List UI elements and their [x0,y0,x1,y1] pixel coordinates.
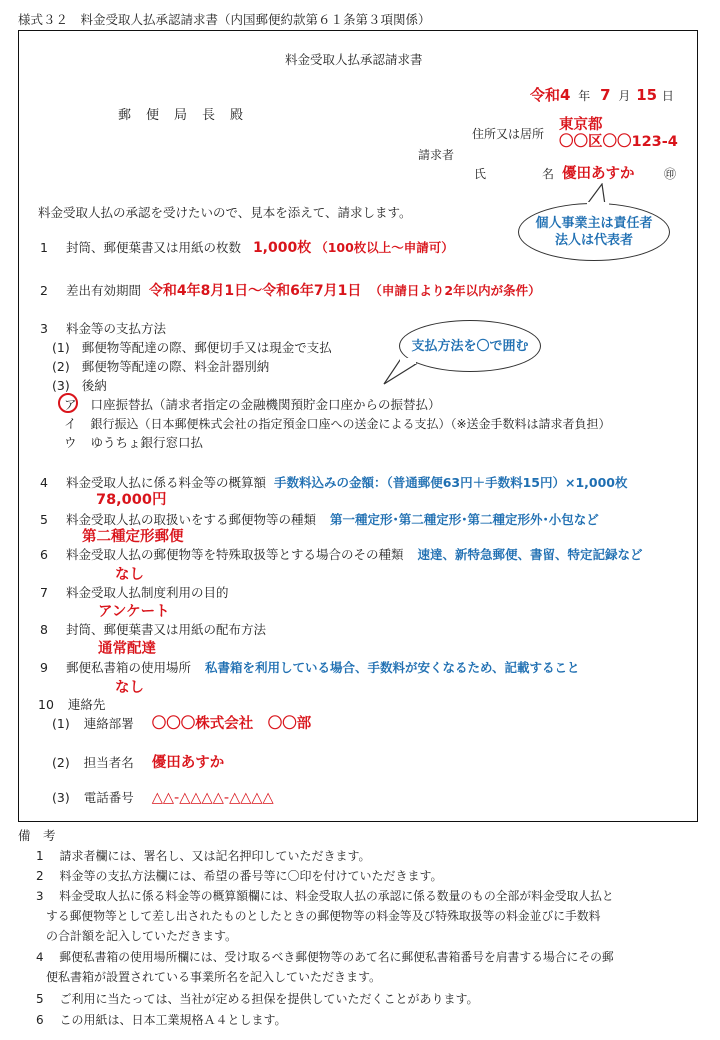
address-label: 住所又は居所 [472,125,544,142]
note-1-num: 1 [36,849,44,863]
item-7: 7 料金受取人払制度利用の目的 [40,583,228,601]
note-4: 4 郵便私書箱の使用場所欄には、受け取るべき郵便物等のあて名に郵便私書箱番号を肩… [36,948,614,965]
item-8: 8 封筒、郵便葉書又は用紙の配布方法 [40,620,266,638]
item-9-hint: 私書箱を利用している場合、手数料が安くなるため、記載すること [205,660,580,675]
item-9: 9 郵便私書箱の使用場所 私書箱を利用している場合、手数料が安くなるため、記載す… [40,658,579,676]
payment-sub-option-i[interactable]: イ 銀行振込（日本郵便株式会社の指定預金口座への送金による支払）（※送金手数料は… [64,414,611,432]
payment-sub-option-i-num: イ [64,416,77,431]
payment-option-3-num: (3) [52,378,70,393]
contact-person: (2) 担当者名 優田あすか [52,751,224,772]
contact-department-value: 〇〇〇株式会社 〇〇部 [152,716,312,732]
item-6: 6 料金受取人払の郵便物等を特殊取扱等とする場合のその種類 速達、新特急郵便、書… [40,545,642,563]
item-9-label: 郵便私書箱の使用場所 [66,660,191,675]
contact-department-num: (1) [52,716,70,731]
note-2-num: 2 [36,869,44,883]
item-5-hint: 第一種定形･第二種定形･第二種定形外･小包など [330,512,599,527]
requester-name: 優田あすか [562,162,635,183]
payment-sub-option-a[interactable]: ア 口座振替払（請求者指定の金融機関預貯金口座からの振替払） [64,395,441,413]
item-3-label: 料金等の支払方法 [66,321,166,336]
note-3-line-3: の合計額を記入していただきます。 [46,927,237,944]
date-day: 15 [636,86,657,104]
item-4-value: 78,000円 [96,488,166,509]
item-1: 1 封筒、郵便葉書又は用紙の枚数 1,000枚 （100枚以上～申請可） [40,237,454,257]
item-8-label: 封筒、郵便葉書又は用紙の配布方法 [66,622,266,637]
payment-sub-option-i-label: 銀行振込（日本郵便株式会社の指定預金口座への送金による支払）（※送金手数料は請求… [91,417,611,431]
date-month-label: 月 [618,89,630,103]
item-7-value: アンケート [98,600,170,621]
note-4-num: 4 [36,950,44,964]
contact-person-num: (2) [52,755,70,770]
payment-sub-option-u-label: ゆうちょ銀行窓口払 [91,435,204,450]
callout-representative-line-2: 法人は代表者 [555,233,633,248]
item-2: 2 差出有効期間 令和4年8月1日～令和6年7月1日 （申請日より2年以内が条件… [40,280,541,300]
item-6-label: 料金受取人払の郵便物等を特殊取扱等とする場合のその種類 [66,547,404,562]
item-9-value: なし [115,676,144,697]
payment-option-1[interactable]: (1) 郵便物等配達の際、郵便切手又は現金で支払 [52,338,332,356]
payment-option-2-num: (2) [52,359,70,374]
date-month: 7 [600,86,610,104]
item-9-num: 9 [40,660,48,675]
form-caption: 様式３２ 料金受取人払承認請求書（内国郵便約款第６１条第３項関係） [18,10,431,28]
item-1-value: 1,000枚 [253,240,311,256]
date-year-label: 年 [578,89,590,103]
item-3: 3 料金等の支払方法 [40,319,166,337]
note-3: 3 料金受取人払に係る料金等の概算額欄には、料金受取人払の承認に係る数量のもの全… [36,887,614,904]
payment-sub-option-u[interactable]: ウ ゆうちょ銀行窓口払 [64,433,203,451]
item-2-value: 令和4年8月1日～令和6年7月1日 [149,283,361,299]
contact-person-label: 担当者名 [84,755,134,770]
item-6-num: 6 [40,547,48,562]
item-1-note: （100枚以上～申請可） [315,240,454,255]
callout-tail-mask [585,200,615,212]
callout-payment-tail [382,358,422,388]
addressee: 郵 便 局 長 殿 [118,104,244,123]
contact-person-value: 優田あすか [152,755,225,771]
payment-option-1-label: 郵便物等配達の際、郵便切手又は現金で支払 [82,340,332,355]
item-2-note: （申請日より2年以内が条件） [369,283,540,298]
item-3-num: 3 [40,321,48,336]
intro-text: 料金受取人払の承認を受けたいので、見本を添えて、請求します。 [38,203,412,221]
note-3-line-2: する郵便物等として差し出されたものとしたときの郵便物等の料金等及び特殊取扱等の料… [46,907,600,924]
address-line-2: 〇〇区〇〇123-4 [559,130,678,151]
callout-payment-method-text: 支払方法を〇で囲む [411,338,528,355]
payment-sub-option-a-label: 口座振替払（請求者指定の金融機関預貯金口座からの振替払） [91,397,441,412]
note-3-num: 3 [36,889,44,903]
contact-department-label: 連絡部署 [84,716,134,731]
contact-phone: (3) 電話番号 △△-△△△△-△△△△ [52,788,274,806]
document-title: 料金受取人払承認請求書 [285,50,423,68]
name-label-1: 氏 [474,165,486,182]
note-6-num: 6 [36,1013,44,1027]
item-2-label: 差出有効期間 [66,283,141,298]
note-4-line-2: 便私書箱が設置されている事業所名を記入していただきます。 [46,968,381,985]
item-2-num: 2 [40,283,48,298]
item-5-value: 第二種定形郵便 [82,525,184,546]
item-10-label: 連絡先 [68,697,106,712]
item-10-num: 10 [38,697,54,712]
contact-phone-value: △△-△△△△-△△△△ [152,790,274,806]
item-1-label: 封筒、郵便葉書又は用紙の枚数 [66,240,241,255]
item-4-hint: 手数料込みの金額：（普通郵便63円＋手数料15円）×1,000枚 [274,475,628,490]
contact-phone-num: (3) [52,790,70,805]
item-8-num: 8 [40,622,48,637]
payment-option-3-label: 後納 [82,378,107,393]
contact-phone-label: 電話番号 [84,790,134,805]
name-label-2: 名 [542,165,554,182]
item-8-value: 通常配達 [98,637,156,658]
payment-option-1-num: (1) [52,340,70,355]
note-3-line-1: 料金受取人払に係る料金等の概算額欄には、料金受取人払の承認に係る数量のもの全部が… [59,889,613,903]
note-1-line-1: 請求者欄には、署名し、又は記名押印していただきます。 [59,849,370,863]
payment-option-2-label: 郵便物等配達の際、料金計器別納 [82,359,270,374]
requester-label: 請求者 [418,146,454,163]
note-6-line-1: この用紙は、日本工業規格Ａ４とします。 [59,1013,286,1027]
date-field: 令和4 年 7 月 15 日 [530,84,674,105]
seal-mark: ㊞ [664,165,676,182]
note-4-line-1: 郵便私書箱の使用場所欄には、受け取るべき郵便物等のあて名に郵便私書箱番号を肩書す… [59,950,613,964]
note-5: 5 ご利用に当たっては、当社が定める担保を提供していただくことがあります。 [36,990,479,1007]
payment-sub-option-a-num: ア [64,397,77,412]
item-6-value: なし [115,563,144,584]
note-1: 1 請求者欄には、署名し、又は記名押印していただきます。 [36,847,371,864]
item-7-num: 7 [40,585,48,600]
payment-option-3[interactable]: (3) 後納 [52,376,107,394]
note-5-num: 5 [36,992,44,1006]
note-5-line-1: ご利用に当たっては、当社が定める担保を提供していただくことがあります。 [59,992,478,1006]
item-10: 10 連絡先 [38,695,105,713]
note-2-line-1: 料金等の支払方法欄には、希望の番号等に〇印を付けていただきます。 [59,869,442,883]
item-5-num: 5 [40,512,48,527]
item-6-hint: 速達、新特急郵便、書留、特定記録など [417,547,642,562]
date-day-label: 日 [662,89,674,103]
note-2: 2 料金等の支払方法欄には、希望の番号等に〇印を付けていただきます。 [36,867,443,884]
contact-department: (1) 連絡部署 〇〇〇株式会社 〇〇部 [52,712,311,733]
note-6: 6 この用紙は、日本工業規格Ａ４とします。 [36,1011,287,1028]
notes-heading: 備 考 [18,826,56,844]
item-7-label: 料金受取人払制度利用の目的 [66,585,229,600]
payment-sub-option-u-num: ウ [64,435,77,450]
item-4-num: 4 [40,475,48,490]
callout-representative-line-1: 個人事業主は責任者 [535,216,652,231]
date-era-year: 令和4 [530,86,570,104]
payment-option-2[interactable]: (2) 郵便物等配達の際、料金計器別納 [52,357,269,375]
item-1-num: 1 [40,240,48,255]
